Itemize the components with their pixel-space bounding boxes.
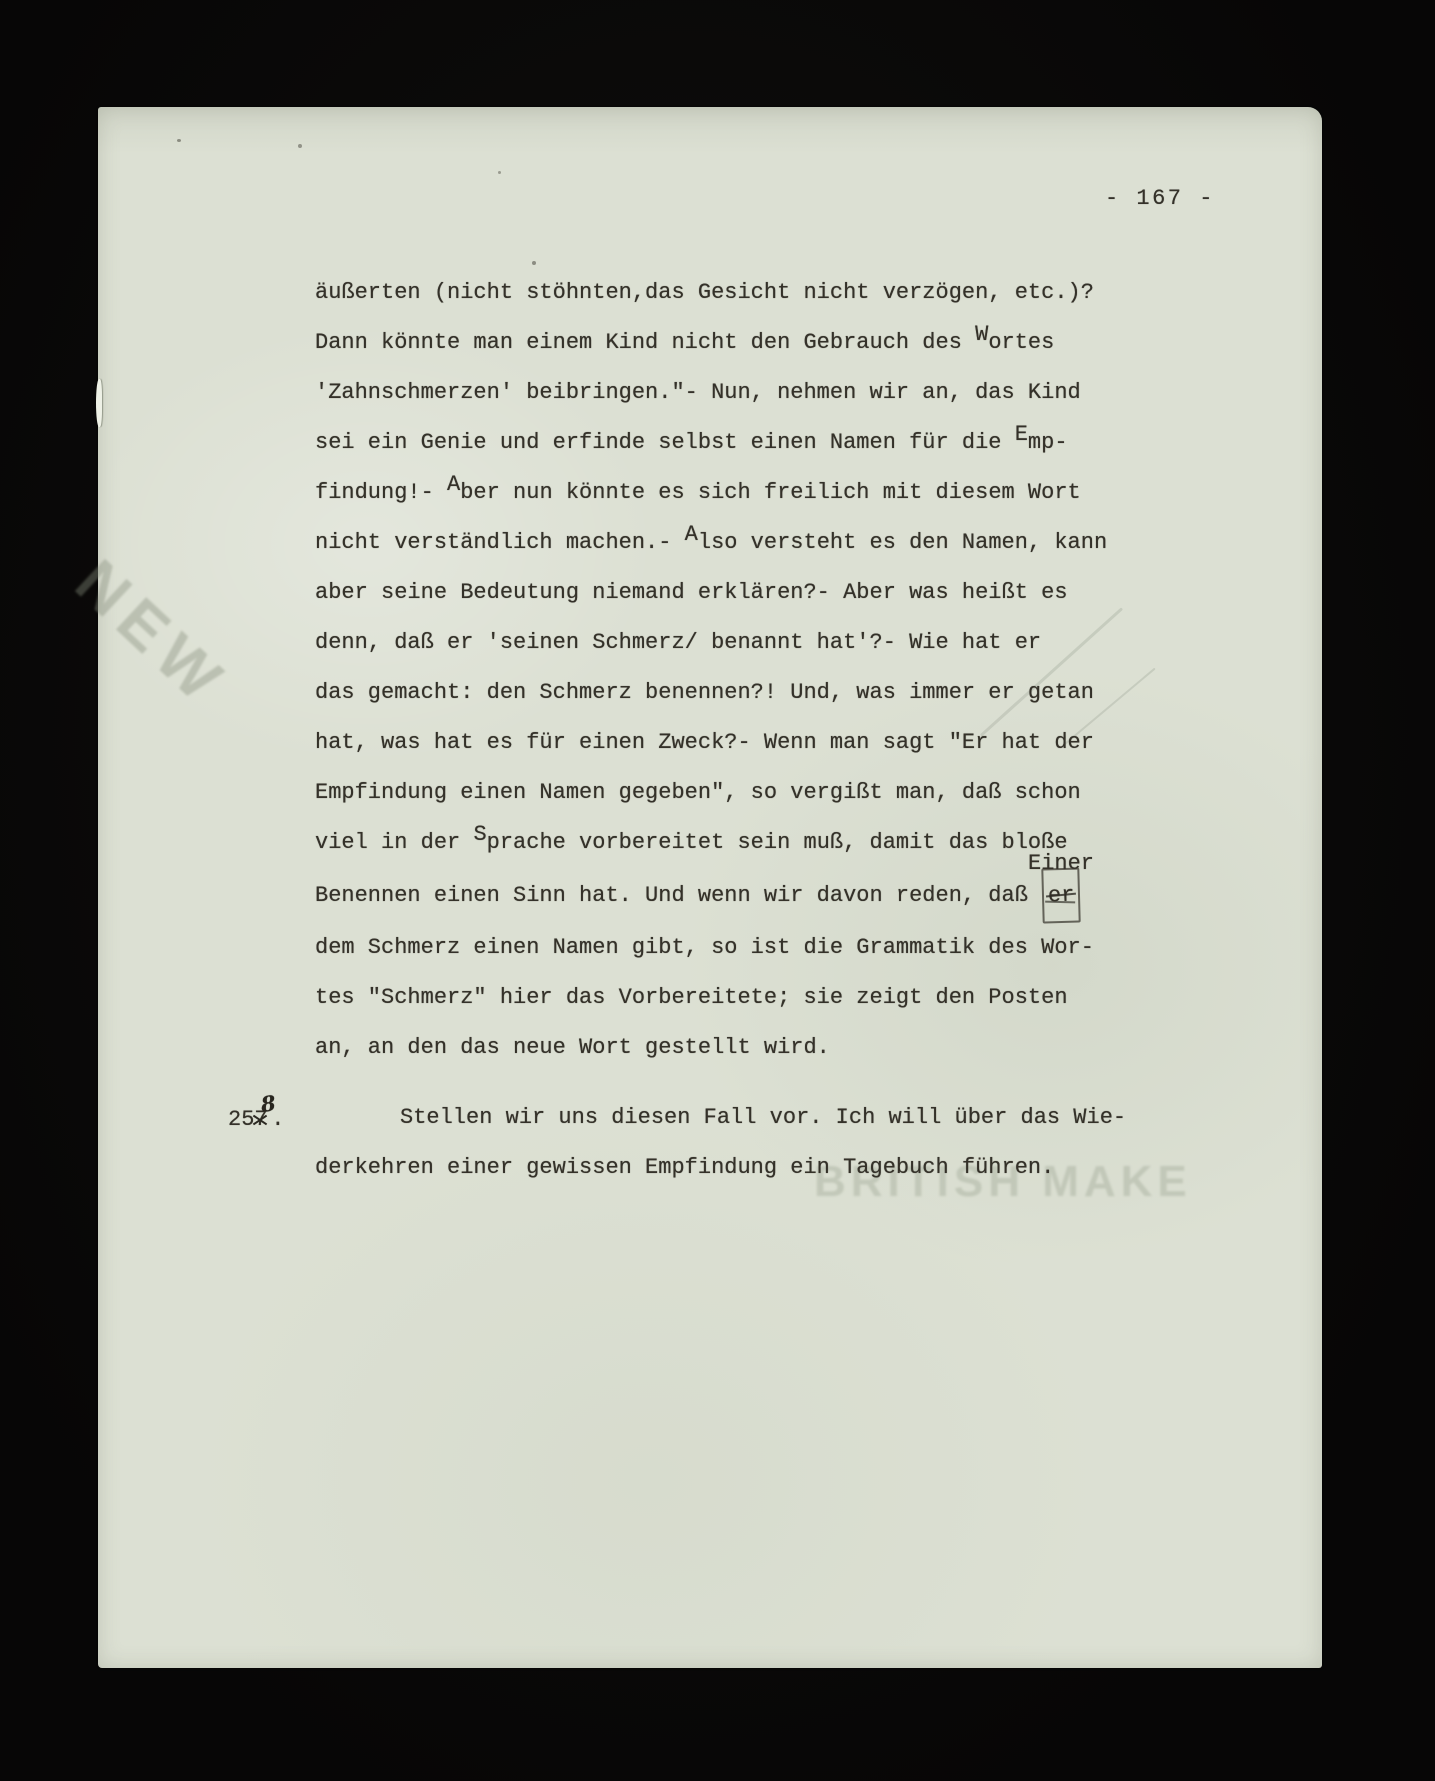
raised-letter: E [1015,410,1028,460]
text-segment: ortes [988,330,1054,355]
text-line: hat, was hat es für einen Zweck?- Wenn m… [315,718,1145,768]
text-segment: hat, was hat es für einen Zweck?- Wenn m… [315,730,1094,755]
text-line: das gemacht: den Schmerz benennen?! Und,… [315,668,1145,718]
text-segment: 'Zahnschmerzen' beibringen."- Nun, nehme… [315,380,1081,405]
text-line: sei ein Genie und erfinde selbst einen N… [315,418,1145,468]
text-segment: tes "Schmerz" hier das Vorbereitete; sie… [315,985,1068,1010]
text-segment: Empfindung einen Namen gegeben", so verg… [315,780,1081,805]
interline-insertion: Einer [1028,851,1094,877]
paper-edge-nick [96,379,102,427]
text-line: denn, daß er 'seinen Schmerz/ benannt ha… [315,618,1145,668]
text-segment: nicht verständlich machen.- [315,530,685,555]
raised-letter: A [447,460,460,510]
text-line: nicht verständlich machen.- Also versteh… [315,518,1145,568]
text-line: Empfindung einen Namen gegeben", so verg… [315,768,1145,818]
text-line: Dann könnte man einem Kind nicht den Geb… [315,318,1145,368]
text-line: Stellen wir uns diesen Fall vor. Ich wil… [315,1093,1145,1143]
text-segment: denn, daß er 'seinen Schmerz/ benannt ha… [315,630,1041,655]
section-number-prefix: 25 [228,1107,254,1132]
paper-speck [298,144,302,148]
text-segment: Benennen einen Sinn hat. Und wenn wir da… [315,883,1041,908]
text-line: derkehren einer gewissen Empfindung ein … [315,1143,1145,1193]
text-segment: mp- [1028,430,1068,455]
body-paragraph-2: Stellen wir uns diesen Fall vor. Ich wil… [315,1093,1145,1193]
scan-background: { "colors": { "background": "#0a0908", "… [0,0,1435,1781]
text-segment: ber nun könnte es sich freilich mit dies… [460,480,1081,505]
raised-letter: S [473,810,486,860]
text-segment: an, an den das neue Wort gestellt wird. [315,1035,830,1060]
page-number: - 167 - [1105,186,1215,212]
text-segment: das gemacht: den Schmerz benennen?! Und,… [315,680,1094,705]
watermark-new: NEW [62,545,244,721]
text-line: findung!- Aber nun könnte es sich freili… [315,468,1145,518]
paper-speck [532,261,536,265]
body-paragraph-1: äußerten (nicht stöhnten,das Gesicht nic… [315,268,1145,1073]
text-segment: äußerten (nicht stöhnten,das Gesicht nic… [315,280,1094,305]
margin-section-number: 2578. [228,1093,284,1145]
text-line: viel in der Sprache vorbereitet sein muß… [315,818,1145,868]
text-line: dem Schmerz einen Namen gibt, so ist die… [315,923,1145,973]
text-segment: prache vorbereitet sein muß, damit das b… [487,830,1068,855]
text-line: tes "Schmerz" hier das Vorbereitete; sie… [315,973,1145,1023]
text-segment: lso versteht es den Namen, kann [698,530,1107,555]
text-segment: sei ein Genie und erfinde selbst einen N… [315,430,1015,455]
text-segment: derkehren einer gewissen Empfindung ein … [315,1155,1054,1180]
document-page: NEW BRITISH MAKE - 167 - äußerten (nicht… [98,107,1322,1668]
paper-speck [177,139,181,142]
text-segment: Stellen wir uns diesen Fall vor. Ich wil… [400,1105,1126,1130]
paper-speck [498,171,501,174]
text-line: Benennen einen Sinn hat. Und wenn wir da… [315,868,1145,923]
text-line: äußerten (nicht stöhnten,das Gesicht nic… [315,268,1145,318]
text-segment: aber seine Bedeutung niemand erklären?- … [315,580,1068,605]
text-segment: viel in der [315,830,473,855]
text-line: aber seine Bedeutung niemand erklären?- … [315,568,1145,618]
raised-letter: W [975,310,988,360]
text-segment: dem Schmerz einen Namen gibt, so ist die… [315,935,1094,960]
raised-letter: A [685,510,698,560]
text-line: an, an den das neue Wort gestellt wird. [315,1023,1145,1073]
text-segment: findung!- [315,480,447,505]
text-segment: Dann könnte man einem Kind nicht den Geb… [315,330,975,355]
